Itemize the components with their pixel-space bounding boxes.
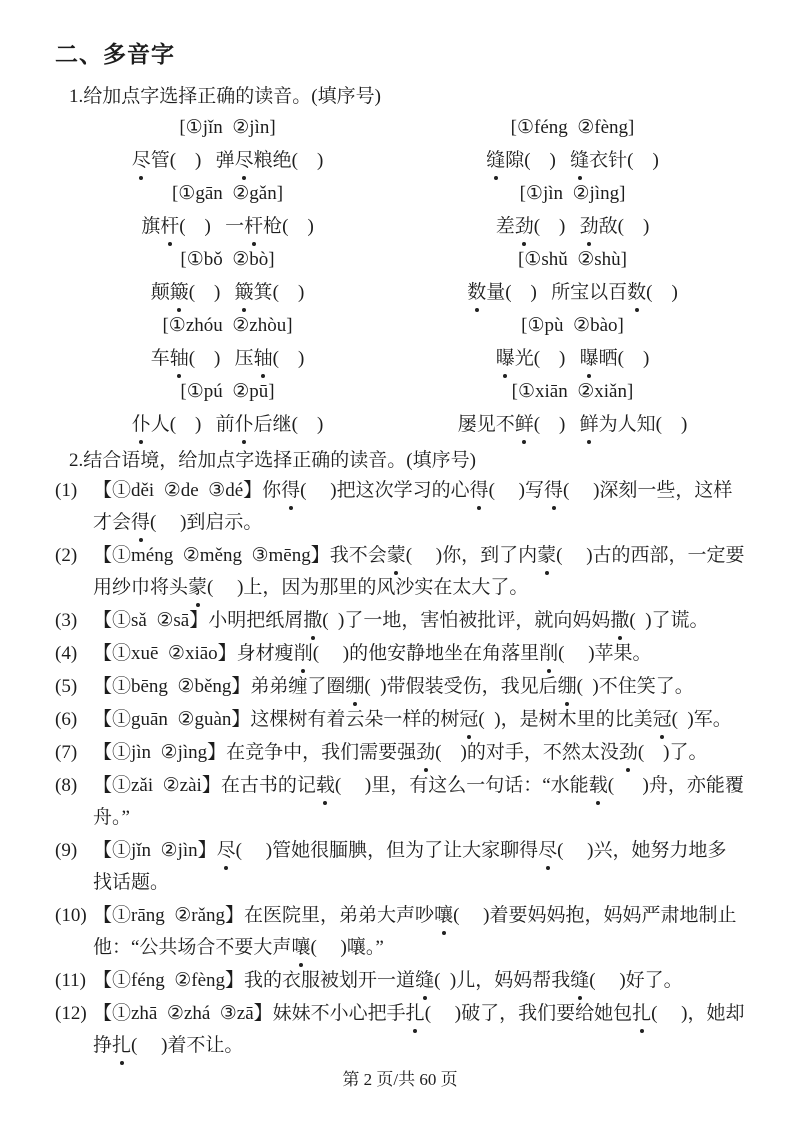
dotted-character: 劲 (515, 210, 534, 243)
pinyin-options-row: [①pú ②pū][①xiān ②xiǎn] (55, 375, 745, 408)
dotted-character: 数 (627, 276, 646, 309)
dotted-character: 轴 (254, 342, 273, 375)
dotted-character: 载 (316, 770, 335, 802)
pinyin-options-cell-right: [①shǔ ②shù] (400, 243, 745, 276)
word-cell-right: 差劲( ) 劲敌( ) (400, 210, 745, 243)
pinyin-options-cell-right: [①féng ②fèng] (400, 111, 745, 144)
dotted-character: 撒 (303, 605, 322, 637)
item-text: 【①féng ②fèng】我的衣服被划开一道缝( )儿，妈妈帮我缝( )好了。 (93, 965, 745, 997)
dotted-character: 嚷 (291, 932, 310, 964)
word-cell-left: 仆人( ) 前仆后继( ) (55, 408, 400, 441)
dotted-character: 得 (544, 475, 563, 507)
dotted-character: 撒 (610, 605, 629, 637)
word-blank-row: 仆人( ) 前仆后继( )屡见不鲜( ) 鲜为人知( ) (55, 408, 745, 441)
word-blank-row: 车轴( ) 压轴( )曝光( ) 曝晒( ) (55, 342, 745, 375)
item-text: 【①méng ②měng ③mēng】我不会蒙( )你，到了内蒙( )古的西部，… (93, 540, 745, 604)
question-item: (12)【①zhā ②zhá ③zā】妹妹不小心把手扎( )破了，我们要给她包扎… (55, 998, 745, 1062)
question-item: (5)【①bēng ②běng】弟弟缠了圈绷( )带假装受伤，我见后绷( )不住… (55, 671, 745, 703)
item-text: 【①rāng ②rǎng】在医院里，弟弟大声吵嚷( )着要妈妈抱，妈妈严肃地制止… (93, 900, 745, 964)
section2-heading: 2.结合语境，给加点字选择正确的读音。(填序号) (69, 445, 745, 472)
question-item: (3)【①sǎ ②sā】小明把纸屑撒( )了一地，害怕被批评，就向妈妈撒( )了… (55, 605, 745, 637)
word-cell-left: 旗杆( ) 一杆枪( ) (55, 210, 400, 243)
question-item: (2)【①méng ②měng ③mēng】我不会蒙( )你，到了内蒙( )古的… (55, 540, 745, 604)
word-blank-row: 旗杆( ) 一杆枪( )差劲( ) 劲敌( ) (55, 210, 745, 243)
dotted-character: 杆 (160, 210, 179, 243)
word-cell-left: 颠簸( ) 簸箕( ) (55, 276, 400, 309)
item-text: 【①děi ②de ③dé】你得( )把这次学习的心得( )写得( )深刻一些，… (93, 475, 745, 539)
question-item: (6)【①guān ②guàn】这棵树有着云朵一样的树冠( )，是树木里的比美冠… (55, 704, 745, 736)
dotted-character: 劲 (416, 737, 435, 769)
question-item: (10)【①rāng ②rǎng】在医院里，弟弟大声吵嚷( )着要妈妈抱，妈妈严… (55, 900, 745, 964)
item-number: (7) (55, 737, 93, 769)
dotted-character: 扎 (632, 998, 651, 1030)
dotted-character: 仆 (132, 408, 151, 441)
pinyin-options-cell-right: [①xiān ②xiǎn] (400, 375, 745, 408)
dotted-character: 簸 (170, 276, 189, 309)
item-number: (3) (55, 605, 93, 637)
dotted-character: 蒙 (387, 540, 406, 572)
dotted-character: 曝 (580, 342, 599, 375)
worksheet-page: 二、多音字 1.给加点字选择正确的读音。(填序号) [①jǐn ②jìn][①f… (0, 0, 793, 1122)
page-footer: 第 2 页/共 60 页 (55, 1068, 745, 1092)
dotted-character: 缝 (415, 965, 434, 997)
dotted-character: 载 (589, 770, 608, 802)
item-number: (2) (55, 540, 93, 604)
pinyin-options-cell-left: [①gān ②gǎn] (55, 177, 400, 210)
dotted-character: 杆 (244, 210, 263, 243)
question-item: (8)【①zǎi ②zài】在古书的记载( )里，有这么一句话：“水能载( )舟… (55, 770, 745, 834)
item-text: 【①zǎi ②zài】在古书的记载( )里，有这么一句话：“水能载( )舟，亦能… (93, 770, 745, 834)
dotted-character: 扎 (112, 1030, 131, 1062)
dotted-character: 缝 (486, 144, 505, 177)
item-number: (10) (55, 900, 93, 964)
word-cell-left: 车轴( ) 压轴( ) (55, 342, 400, 375)
dotted-character: 冠 (459, 704, 478, 736)
question-item: (7)【①jìn ②jìng】在竞争中，我们需要强劲( )的对手，不然太没劲( … (55, 737, 745, 769)
word-cell-left: 尽管( ) 弹尽粮绝( ) (55, 144, 400, 177)
pinyin-options-row: [①bǒ ②bò][①shǔ ②shù] (55, 243, 745, 276)
pinyin-options-cell-left: [①zhóu ②zhòu] (55, 309, 400, 342)
dotted-character: 轴 (170, 342, 189, 375)
item-text: 【①sǎ ②sā】小明把纸屑撒( )了一地，害怕被批评，就向妈妈撒( )了谎。 (93, 605, 745, 637)
item-text: 【①jǐn ②jìn】尽( )管她很腼腆，但为了让大家聊得尽( )兴，她努力地多… (93, 835, 745, 899)
dotted-character: 仆 (235, 408, 254, 441)
dotted-character: 劲 (619, 737, 638, 769)
pinyin-options-cell-left: [①jǐn ②jìn] (55, 111, 400, 144)
item-number: (9) (55, 835, 93, 899)
dotted-character: 尽 (132, 144, 151, 177)
section2-question-list: (1)【①děi ②de ③dé】你得( )把这次学习的心得( )写得( )深刻… (55, 475, 745, 1062)
pinyin-options-row: [①gān ②gǎn][①jìn ②jìng] (55, 177, 745, 210)
dotted-character: 鲜 (580, 408, 599, 441)
section1-heading: 1.给加点字选择正确的读音。(填序号) (69, 81, 745, 108)
dotted-character: 劲 (580, 210, 599, 243)
dotted-character: 曝 (496, 342, 515, 375)
dotted-character: 缝 (570, 965, 589, 997)
pinyin-options-row: [①jǐn ②jìn][①féng ②fèng] (55, 111, 745, 144)
dotted-character: 尽 (538, 835, 557, 867)
pinyin-options-cell-right: [①jìn ②jìng] (400, 177, 745, 210)
word-cell-right: 曝光( ) 曝晒( ) (400, 342, 745, 375)
item-number: (11) (55, 965, 93, 997)
dotted-character: 得 (470, 475, 489, 507)
dotted-character: 蒙 (188, 572, 207, 604)
dotted-character: 绷 (558, 671, 577, 703)
word-cell-right: 屡见不鲜( ) 鲜为人知( ) (400, 408, 745, 441)
item-number: (4) (55, 638, 93, 670)
dotted-character: 冠 (653, 704, 672, 736)
pinyin-options-cell-left: [①bǒ ②bò] (55, 243, 400, 276)
dotted-character: 尽 (217, 835, 236, 867)
dotted-character: 得 (281, 475, 300, 507)
word-cell-right: 数量( ) 所宝以百数( ) (400, 276, 745, 309)
item-number: (6) (55, 704, 93, 736)
dotted-character: 削 (539, 638, 558, 670)
section1-pinyin-exercise-grid: [①jǐn ②jìn][①féng ②fèng]尽管( ) 弹尽粮绝( )缝隙(… (55, 111, 745, 441)
dotted-character: 数 (467, 276, 486, 309)
item-text: 【①jìn ②jìng】在竞争中，我们需要强劲( )的对手，不然太没劲( )了。 (93, 737, 745, 769)
item-number: (5) (55, 671, 93, 703)
pinyin-options-row: [①zhóu ②zhòu][①pù ②bào] (55, 309, 745, 342)
item-text: 【①guān ②guàn】这棵树有着云朵一样的树冠( )，是树木里的比美冠( )… (93, 704, 745, 736)
dotted-character: 尽 (235, 144, 254, 177)
question-item: (9)【①jǐn ②jìn】尽( )管她很腼腆，但为了让大家聊得尽( )兴，她努… (55, 835, 745, 899)
dotted-character: 簸 (235, 276, 254, 309)
word-cell-right: 缝隙( ) 缝衣针( ) (400, 144, 745, 177)
question-item: (4)【①xuē ②xiāo】身材瘦削( )的他安静地坐在角落里削( )苹果。 (55, 638, 745, 670)
dotted-character: 鲜 (515, 408, 534, 441)
item-text: 【①bēng ②běng】弟弟缠了圈绷( )带假装受伤，我见后绷( )不住笑了。 (93, 671, 745, 703)
page-title: 二、多音字 (55, 36, 745, 69)
item-number: (8) (55, 770, 93, 834)
dotted-character: 得 (131, 507, 150, 539)
question-item: (1)【①děi ②de ③dé】你得( )把这次学习的心得( )写得( )深刻… (55, 475, 745, 539)
dotted-character: 缝 (570, 144, 589, 177)
dotted-character: 蒙 (537, 540, 556, 572)
word-blank-row: 颠簸( ) 簸箕( )数量( ) 所宝以百数( ) (55, 276, 745, 309)
dotted-character: 削 (294, 638, 313, 670)
question-item: (11)【①féng ②fèng】我的衣服被划开一道缝( )儿，妈妈帮我缝( )… (55, 965, 745, 997)
dotted-character: 扎 (406, 998, 425, 1030)
word-blank-row: 尽管( ) 弹尽粮绝( )缝隙( ) 缝衣针( ) (55, 144, 745, 177)
pinyin-options-cell-left: [①pú ②pū] (55, 375, 400, 408)
dotted-character: 绷 (345, 671, 364, 703)
item-number: (12) (55, 998, 93, 1062)
item-text: 【①xuē ②xiāo】身材瘦削( )的他安静地坐在角落里削( )苹果。 (93, 638, 745, 670)
item-text: 【①zhā ②zhá ③zā】妹妹不小心把手扎( )破了，我们要给她包扎( )，… (93, 998, 745, 1062)
dotted-character: 嚷 (434, 900, 453, 932)
pinyin-options-cell-right: [①pù ②bào] (400, 309, 745, 342)
item-number: (1) (55, 475, 93, 539)
